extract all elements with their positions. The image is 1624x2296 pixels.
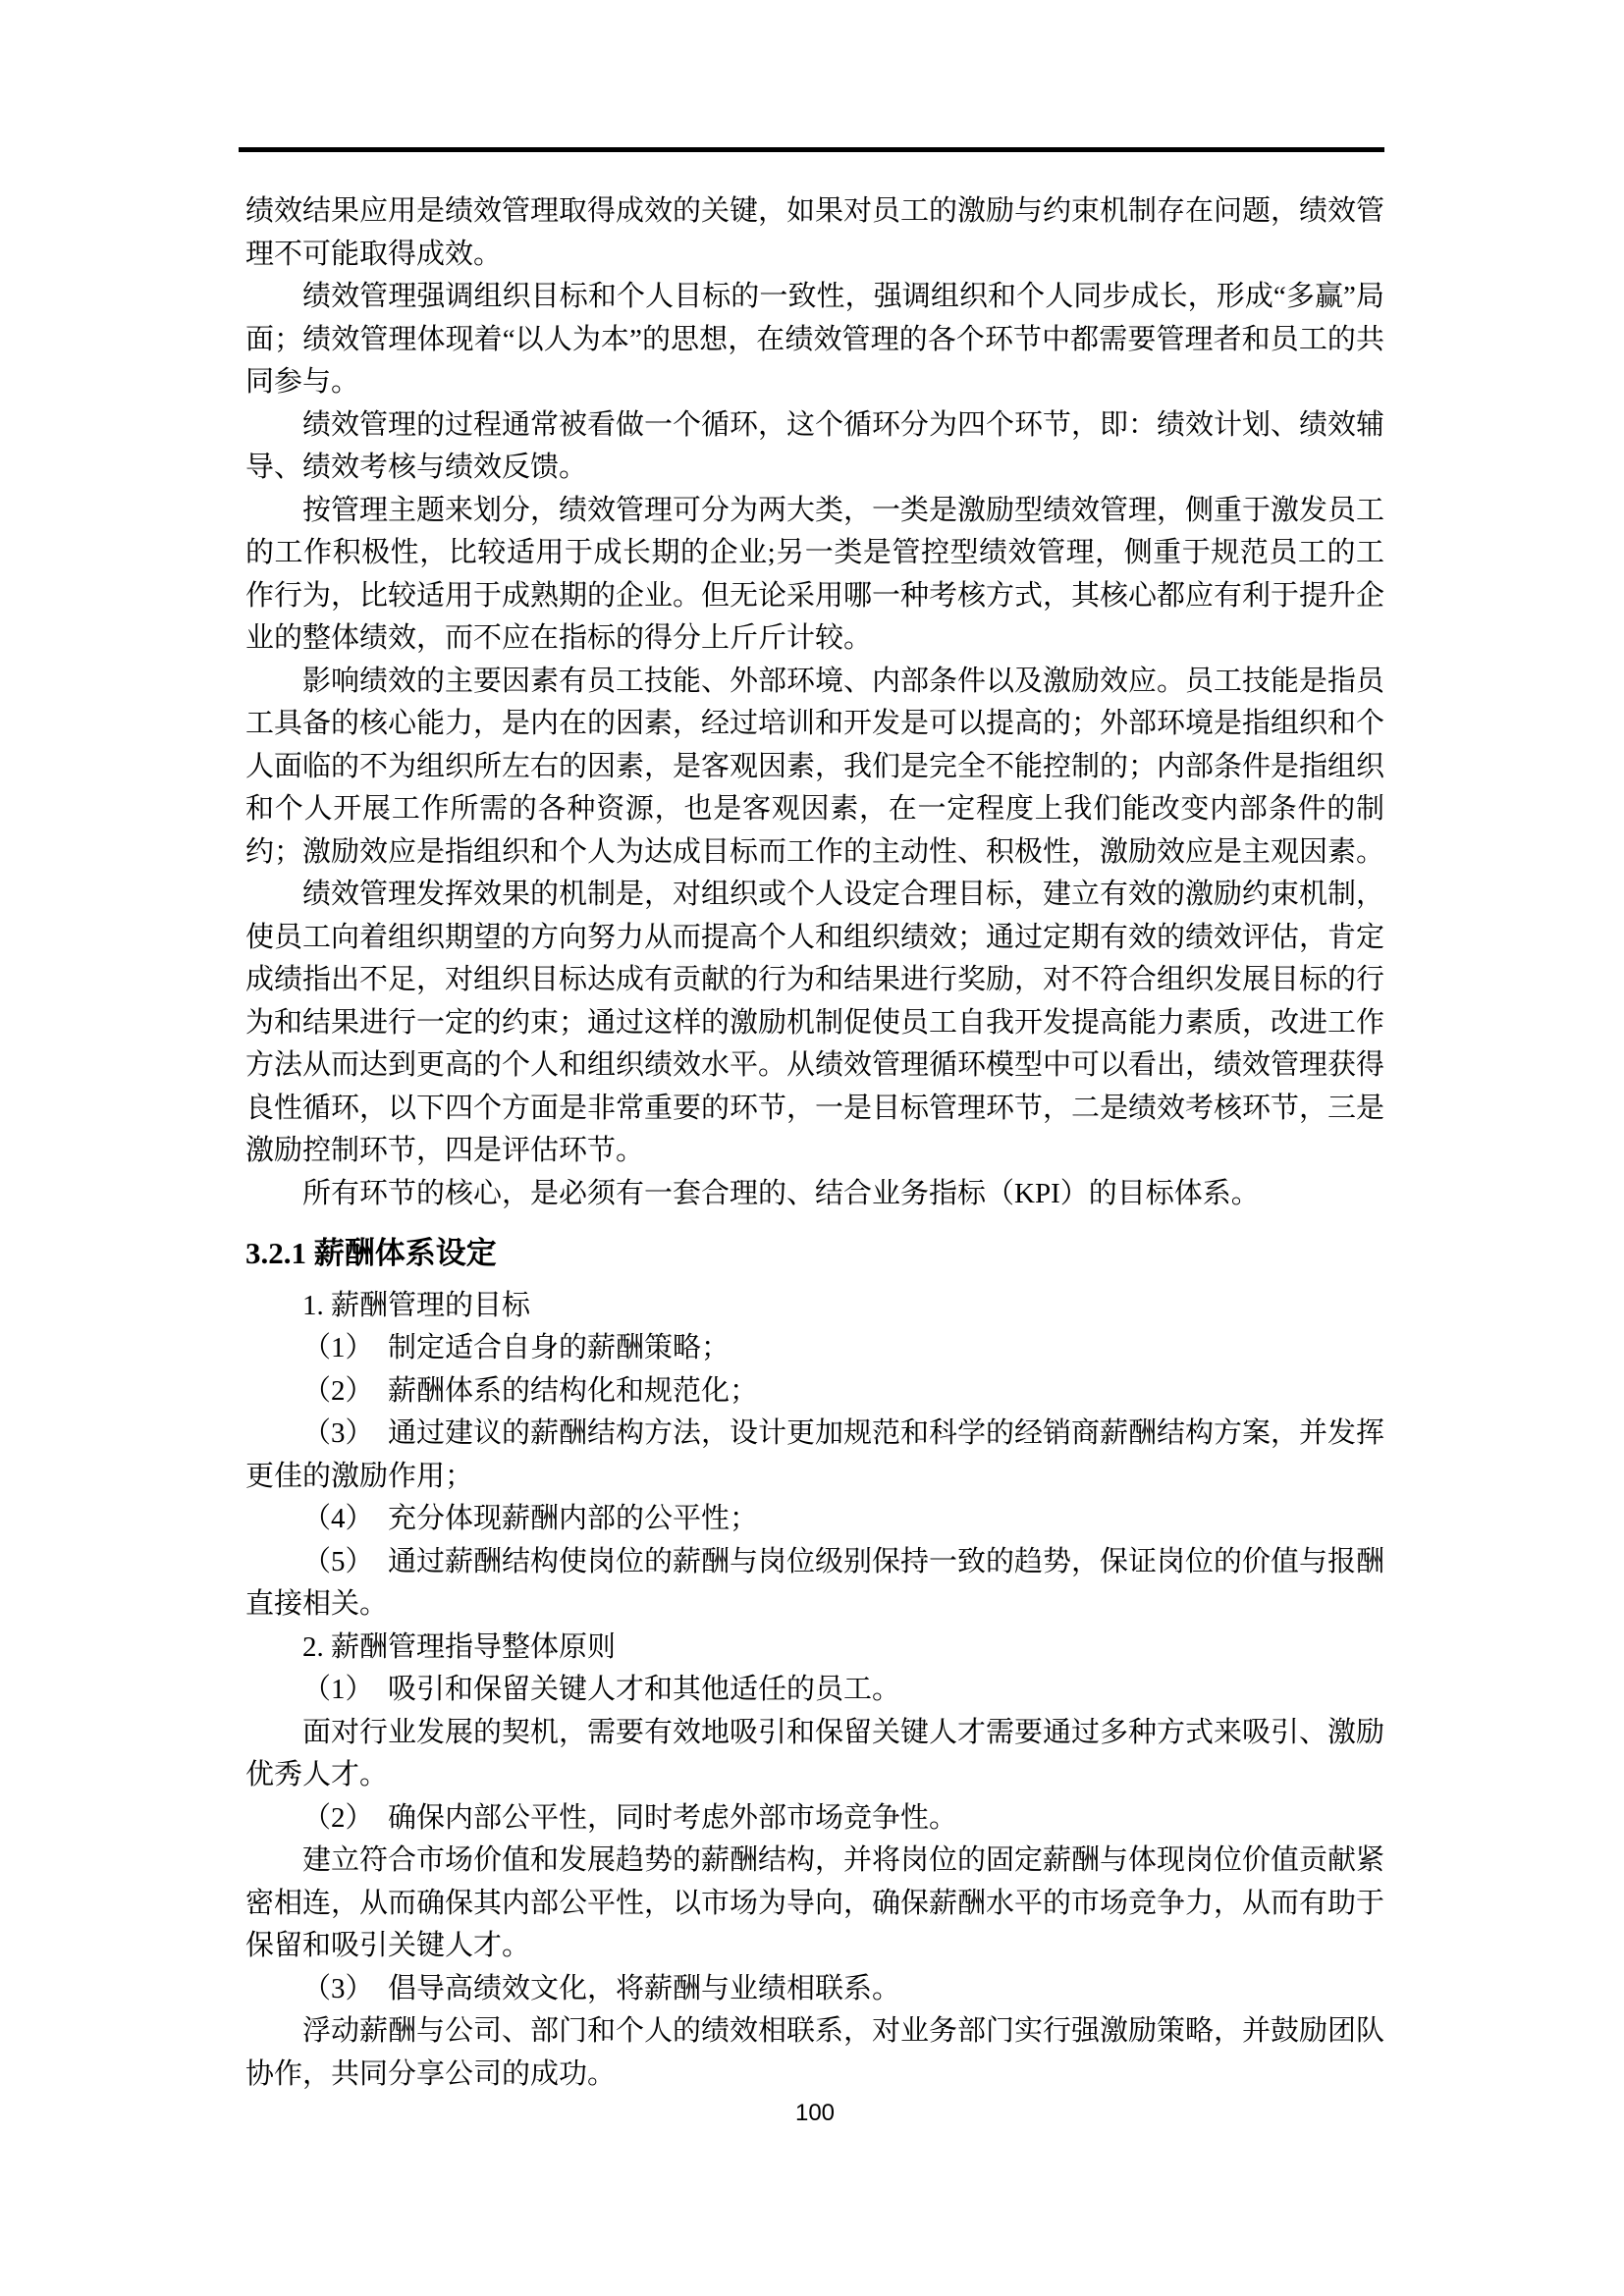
- page-content: 绩效结果应用是绩效管理取得成效的关键，如果对员工的激励与约束机制存在问题，绩效管…: [245, 190, 1384, 2096]
- paragraph: 浮动薪酬与公司、部门和个人的绩效相联系，对业务部门实行强激励策略，并鼓励团队协作…: [245, 2010, 1384, 2096]
- list-item: （1） 制定适合自身的薪酬策略；: [245, 1327, 1384, 1370]
- paragraph: 所有环节的核心，是必须有一套合理的、结合业务指标（KPI）的目标体系。: [245, 1173, 1384, 1216]
- paragraph: 按管理主题来划分，绩效管理可分为两大类，一类是激励型绩效管理，侧重于激发员工的工…: [245, 490, 1384, 661]
- list-item: （1） 吸引和保留关键人才和其他适任的员工。: [245, 1669, 1384, 1712]
- paragraph: 绩效管理强调组织目标和个人目标的一致性，强调组织和个人同步成长，形成“多赢”局面…: [245, 276, 1384, 404]
- list-item: （5） 通过薪酬结构使岗位的薪酬与岗位级别保持一致的趋势，保证岗位的价值与报酬直…: [245, 1541, 1384, 1627]
- paragraph: 绩效管理的过程通常被看做一个循环，这个循环分为四个环节，即：绩效计划、绩效辅导、…: [245, 404, 1384, 490]
- section-heading: 3.2.1 薪酬体系设定: [245, 1232, 1384, 1275]
- paragraph: 面对行业发展的契机，需要有效地吸引和保留关键人才需要通过多种方式来吸引、激励优秀…: [245, 1712, 1384, 1797]
- list-item: （3） 通过建议的薪酬结构方法，设计更加规范和科学的经销商薪酬结构方案，并发挥更…: [245, 1413, 1384, 1498]
- paragraph: 影响绩效的主要因素有员工技能、外部环境、内部条件以及激励效应。员工技能是指员工具…: [245, 661, 1384, 875]
- document-page: 绩效结果应用是绩效管理取得成效的关键，如果对员工的激励与约束机制存在问题，绩效管…: [0, 0, 1624, 2296]
- list-item: （3） 倡导高绩效文化，将薪酬与业绩相联系。: [245, 1968, 1384, 2011]
- list-item: 1. 薪酬管理的目标: [245, 1285, 1384, 1328]
- paragraph: 绩效管理发挥效果的机制是，对组织或个人设定合理目标，建立有效的激励约束机制，使员…: [245, 874, 1384, 1173]
- paragraph: 绩效结果应用是绩效管理取得成效的关键，如果对员工的激励与约束机制存在问题，绩效管…: [245, 190, 1384, 276]
- list-item: （2） 确保内部公平性，同时考虑外部市场竞争性。: [245, 1797, 1384, 1841]
- list-item: （4） 充分体现薪酬内部的公平性；: [245, 1498, 1384, 1541]
- page-number: 100: [245, 2099, 1384, 2128]
- list-item: （2） 薪酬体系的结构化和规范化；: [245, 1370, 1384, 1414]
- list-item: 2. 薪酬管理指导整体原则: [245, 1627, 1384, 1670]
- paragraph: 建立符合市场价值和发展趋势的薪酬结构，并将岗位的固定薪酬与体现岗位价值贡献紧密相…: [245, 1840, 1384, 1968]
- header-rule: [239, 147, 1384, 152]
